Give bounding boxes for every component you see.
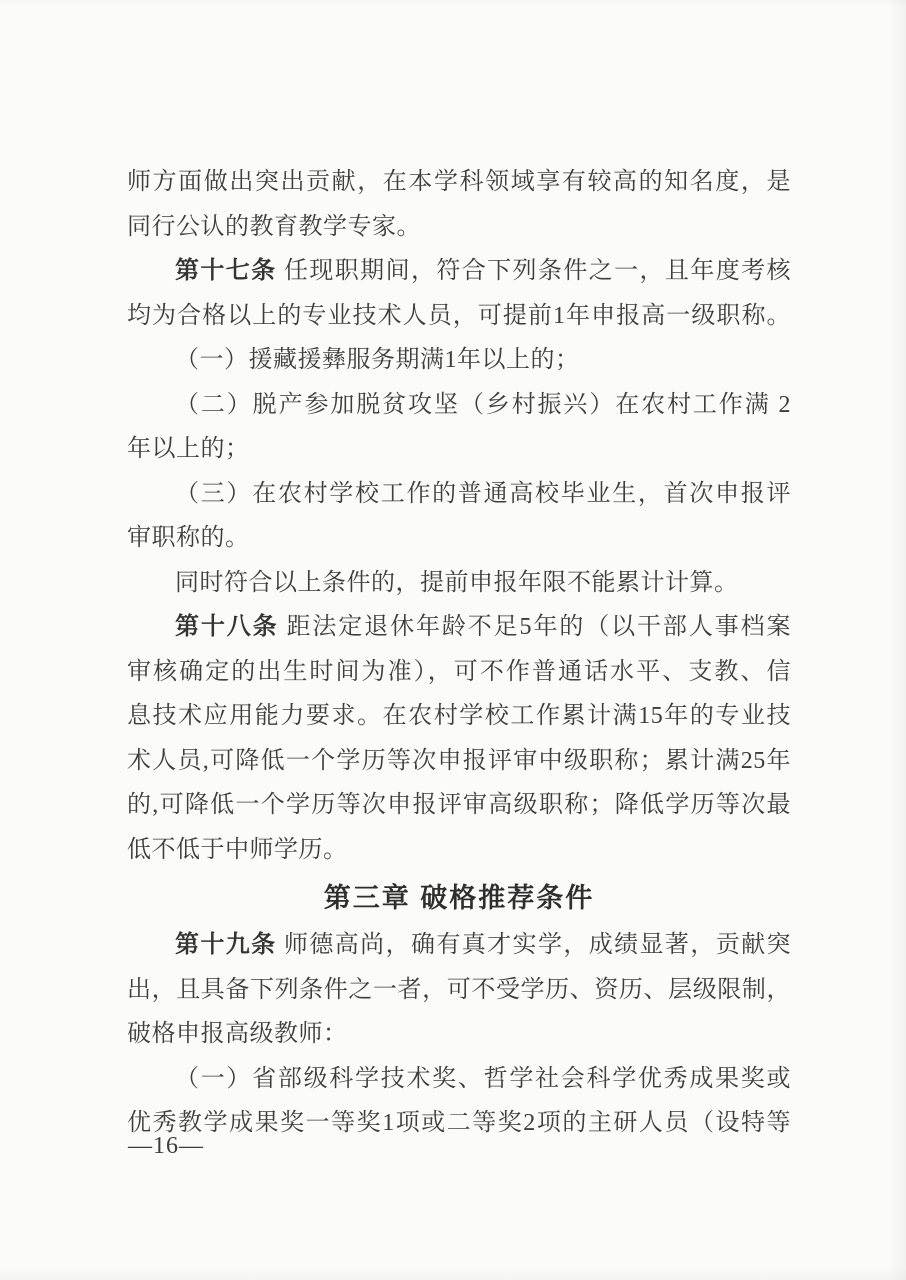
text-line: 息技术应用能力要求。在农村学校工作累计满15年的专业技 [127,694,791,739]
text-segment: 师德高尚，确有真才实学，成绩显著，贡献突 [277,932,791,958]
text-segment: 同行公认的教育教学专家。 [127,214,421,240]
document-body: 师方面做出突出贡献，在本学科领域享有较高的知名度，是同行公认的教育教学专家。第十… [127,160,791,1146]
text-segment: 审职称的。 [127,525,250,551]
text-line: 低不低于中师学历。 [127,828,791,873]
text-line: （一）省部级科学技术奖、哲学社会科学优秀成果奖或 [127,1057,791,1102]
text-segment: 距法定退休年龄不足5年的（以干部人事档案 [279,614,791,640]
text-line: 审核确定的出生时间为准），可不作普通话水平、支教、信 [127,650,791,695]
text-segment: 师方面做出突出贡献，在本学科领域享有较高的知名度，是 [127,169,791,195]
text-line: 破格申报高级教师： [127,1012,791,1057]
text-segment: （一）省部级科学技术奖、哲学社会科学优秀成果奖或 [175,1066,791,1092]
text-segment: 低不低于中师学历。 [127,837,348,863]
document-page: 师方面做出突出贡献，在本学科领域享有较高的知名度，是同行公认的教育教学专家。第十… [0,0,906,1280]
text-line: 第十八条 距法定退休年龄不足5年的（以干部人事档案 [127,605,791,650]
text-line: 年以上的； [127,427,791,472]
text-line: 术人员,可降低一个学历等次申报评审中级职称；累计满25年 [127,739,791,784]
text-segment: （一）援藏援彝服务期满1年以上的； [175,347,580,373]
text-line: 审职称的。 [127,516,791,561]
text-segment: 出，且具备下列条件之一者，可不受学历、资历、层级限制， [127,977,791,1003]
text-segment: 的,可降低一个学历等次申报评审高级职称；降低学历等次最 [127,792,791,818]
text-line: 同时符合以上条件的，提前申报年限不能累计计算。 [127,561,791,606]
text-segment: （三）在农村学校工作的普通高校毕业生，首次申报评 [175,481,791,507]
text-line: 出，且具备下列条件之一者，可不受学历、资历、层级限制， [127,968,791,1013]
text-segment: 优秀教学成果奖一等奖1项或二等奖2项的主研人员（设特等 [127,1110,791,1136]
text-line: 的,可降低一个学历等次申报评审高级职称；降低学历等次最 [127,783,791,828]
page-number: —16— [128,1128,204,1164]
article-number: 第十九条 [175,932,277,958]
text-segment: 破格申报高级教师： [127,1021,348,1047]
chapter-heading: 第三章 破格推荐条件 [127,875,791,921]
text-segment: 均为合格以上的专业技术人员，可提前1年申报高一级职称。 [127,303,791,329]
text-segment: 术人员,可降低一个学历等次申报评审中级职称；累计满25年 [127,748,791,774]
text-line: （二）脱产参加脱贫攻坚（乡村振兴）在农村工作满 2 [127,383,791,428]
text-segment: 息技术应用能力要求。在农村学校工作累计满15年的专业技 [127,703,791,729]
text-line: 均为合格以上的专业技术人员，可提前1年申报高一级职称。 [127,294,791,339]
text-line: 第十七条 任现职期间，符合下列条件之一，且年度考核 [127,249,791,294]
text-line: （一）援藏援彝服务期满1年以上的； [127,338,791,383]
text-line: 师方面做出突出贡献，在本学科领域享有较高的知名度，是 [127,160,791,205]
article-number: 第十八条 [175,614,279,640]
text-line: 优秀教学成果奖一等奖1项或二等奖2项的主研人员（设特等 [127,1101,791,1146]
text-line: 第十九条 师德高尚，确有真才实学，成绩显著，贡献突 [127,923,791,968]
text-segment: 审核确定的出生时间为准），可不作普通话水平、支教、信 [127,659,791,685]
text-segment: 任现职期间，符合下列条件之一，且年度考核 [277,258,791,284]
text-segment: 同时符合以上条件的，提前申报年限不能累计计算。 [175,570,739,596]
text-segment: 年以上的； [127,436,250,462]
text-line: （三）在农村学校工作的普通高校毕业生，首次申报评 [127,472,791,517]
article-number: 第十七条 [175,258,277,284]
text-segment: （二）脱产参加脱贫攻坚（乡村振兴）在农村工作满 2 [175,392,791,418]
text-line: 同行公认的教育教学专家。 [127,205,791,250]
